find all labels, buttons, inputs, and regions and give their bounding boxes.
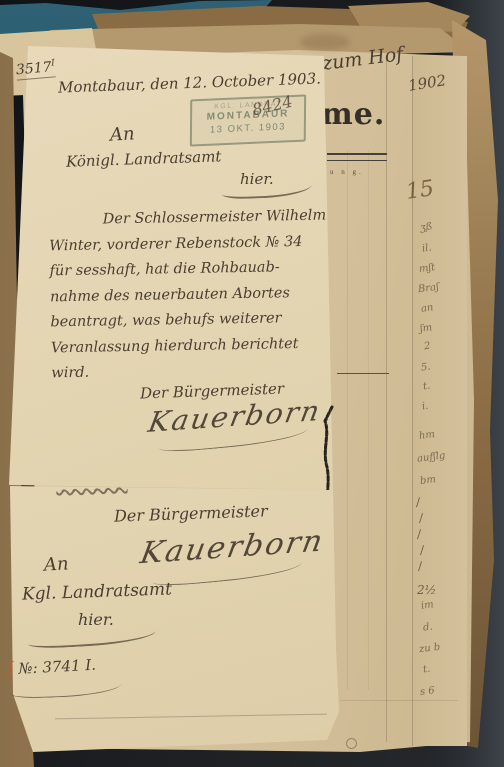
punch-hole: [346, 738, 357, 749]
margin-fragment: 2: [423, 341, 431, 353]
form-rule-segment: [340, 700, 458, 701]
place-hier-2: hier.: [78, 610, 114, 629]
body-line: Winter, vorderer Rebenstock № 34: [49, 229, 321, 259]
crossed-out-scribble: ~~~~~~: [56, 475, 128, 492]
margin-fragment: d.: [422, 621, 433, 633]
margin-fragment: mʃt: [418, 262, 435, 275]
stamp-line-3: 13 OKT. 1903: [192, 121, 304, 137]
salutation-an: An: [109, 123, 135, 145]
ref-number: 3517: [15, 59, 52, 78]
printed-double-rule: [327, 153, 387, 161]
tally-mark: ∕: [418, 559, 422, 573]
letter-body: Der Schlossermeister Wilhelm Winter, vor…: [48, 204, 323, 387]
foxing-stain: [300, 34, 350, 50]
tally-mark: ∕: [416, 495, 420, 509]
tally-mark: ∕: [419, 511, 423, 525]
form-column-line: [368, 150, 369, 690]
margin-fragment: ʒß: [419, 221, 433, 233]
margin-fragment: ʃm: [419, 322, 432, 334]
body-line: Veranlassung hierdurch berichtet: [51, 331, 323, 361]
form-rule-segment: [337, 373, 389, 374]
journal-red-mark: J: [6, 658, 14, 679]
margin-fragment: s 6: [419, 685, 435, 698]
margin-fragment: bm: [419, 474, 436, 487]
tally-total: 2½: [417, 583, 436, 597]
margin-fragment: t.: [422, 664, 430, 676]
salutation-an-2: An: [43, 553, 69, 575]
journal-number: №: 3741 I.: [18, 656, 96, 678]
handwritten-number-15: 15: [404, 176, 435, 205]
margin-fragment: im: [420, 599, 434, 611]
margin-fragment: 5.: [420, 361, 431, 373]
margin-fragment: t.: [422, 381, 430, 393]
tally-mark: ∕: [417, 527, 421, 541]
margin-fragment: hm: [418, 429, 435, 442]
printed-form-title-fragment: me.: [321, 97, 385, 132]
margin-fragment: i.: [421, 401, 429, 413]
archival-document-photo: zum Hof 1902 me. u n g. 15 ʒß il. mʃt Br…: [0, 0, 504, 767]
form-column-line: [347, 150, 348, 690]
archive-reference-number: 3517I: [15, 58, 56, 80]
ref-suffix: I: [51, 58, 55, 68]
tally-mark: ∕: [420, 543, 424, 557]
margin-fragment: an: [420, 302, 434, 314]
form-column-line: [386, 58, 387, 742]
margin-fragment: il.: [421, 242, 432, 254]
